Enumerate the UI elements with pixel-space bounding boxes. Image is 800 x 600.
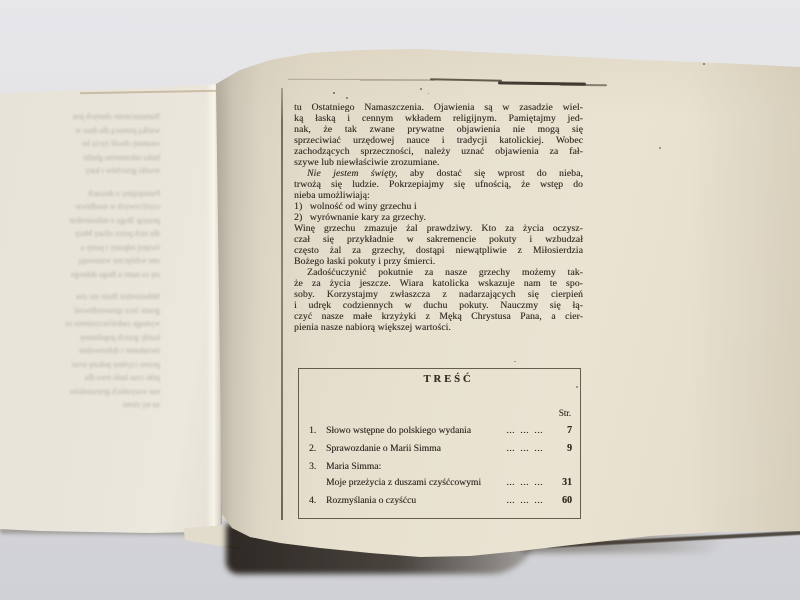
body-text-line: zachodzących sprzeczności, należy uznać … xyxy=(294,146,583,157)
toc-row: 1.Słowo wstępne do polskiego wydania... … xyxy=(309,425,572,436)
printed-frame-line xyxy=(281,88,283,520)
page-text: tu Ostatniego Namaszczenia. Ojawienia są… xyxy=(294,102,583,333)
bleed-line: Miłosierdzie Boże nie zna xyxy=(6,290,160,304)
bleed-line: one wdzięczne wstawiają xyxy=(6,254,160,268)
body-text-line: 2) wyrównanie kary za grzechy. xyxy=(294,212,583,223)
body-text-line: 1) wolność od winy grzechu i xyxy=(294,201,583,212)
open-book-photo: Namaszczenie chorych jestwielką pomocą d… xyxy=(0,0,800,600)
body-text-line: soby. Korzystajmy zwłaszcza z nadarzając… xyxy=(294,289,583,300)
body-text-line: że za życia jeszcze. Wiara katolicka wsk… xyxy=(294,278,583,289)
bleed-line xyxy=(6,281,160,290)
toc-page-column-header: Str. xyxy=(559,408,571,418)
body-text-line: trwożą się ludzie. Pokrzepiajmy się ufno… xyxy=(294,179,583,190)
body-text-line: Zadośćuczynić pokutnie za nasze grzechy … xyxy=(294,267,583,278)
bleed-line: granic lecz sprawiedliwość xyxy=(6,304,160,318)
body-text-line: czał się przykładnie w sakremencie pokut… xyxy=(294,234,583,245)
bleed-line: na tej ziemi xyxy=(6,398,160,412)
body-text-line: Nie jestem święty, aby dostać się wprost… xyxy=(294,168,583,179)
bleed-line: ostatniej chwili życia bo xyxy=(6,137,160,151)
toc-row: Moje przeżycia z duszami czyśćcowymi... … xyxy=(309,477,572,488)
body-text-line: szywe lub niewłaściwie zrozumiane. xyxy=(294,157,583,168)
ink-speck xyxy=(420,88,422,90)
body-text-line: i udręk codziennych w duchu pokuty. Nauc… xyxy=(294,300,583,311)
bleed-line: się za nami u Boga dobrego xyxy=(6,268,160,282)
body-text-line: nak, że tak zwane prywatne objawienia ni… xyxy=(294,124,583,135)
toc-row: 4.Rozmyślania o czyśćcu... ... ...60 xyxy=(309,495,572,506)
bleed-through-text: Namaszczenie chorych jestwielką pomocą d… xyxy=(6,110,160,412)
ink-smudge xyxy=(360,80,435,81)
toc-row: 2.Sprawozdanie o Marii Simma... ... ...9 xyxy=(309,443,572,454)
toc-rows: 1.Słowo wstępne do polskiego wydania... … xyxy=(309,425,572,513)
bleed-line: Pamiętajmy o duszach xyxy=(6,187,160,201)
bleed-line: prosząc Boga o miłosierdzie xyxy=(6,214,160,228)
bleed-line: łaska sakramentu gładzi xyxy=(6,151,160,165)
bleed-line: wielką pomocą dla dusz w xyxy=(6,124,160,138)
toc-title: TREŚĆ xyxy=(299,374,580,385)
bleed-line: Namaszczenie chorych jest xyxy=(6,110,160,124)
body-text-line: często żal za grzechy, dostąpi niewątpli… xyxy=(294,245,583,256)
bleed-line: świadomie i dobrowolnie xyxy=(6,344,160,358)
bleed-line: przeto czyńmy pokutę teraz xyxy=(6,358,160,372)
bleed-line: każdy grzech popełniony xyxy=(6,331,160,345)
ink-speck xyxy=(659,147,661,149)
body-text-line: nieba umożliwiają: xyxy=(294,190,583,201)
toc-row: 3.Maria Simma: xyxy=(309,461,572,472)
body-text-line: czyć nasze małe krzyżyki z Męką Chrystus… xyxy=(294,311,583,322)
left-page: Namaszczenie chorych jestwielką pomocą d… xyxy=(0,84,222,536)
right-shading xyxy=(690,22,800,562)
bleed-line: nas wszystkich grzeszników xyxy=(6,385,160,399)
bleed-line: świętej odpusty i posty a xyxy=(6,241,160,255)
ink-speck xyxy=(333,92,335,94)
body-text-line: sprzeciwiać urzędowej nauce i tradycji k… xyxy=(294,135,583,146)
bleed-line: wymaga zadośćuczynienia za xyxy=(6,317,160,331)
bleed-line: resztki grzechów i kary xyxy=(6,164,160,178)
ink-speck xyxy=(703,63,705,65)
bleed-line xyxy=(6,178,160,187)
body-text-line: pienia nasze nabiorą większej wartości. xyxy=(294,322,583,333)
bleed-line: póki czas łaski trwa dla xyxy=(6,371,160,385)
body-text-line: Bożego łaski pokuty i przy śmierci. xyxy=(294,256,583,267)
ink-speck xyxy=(346,97,348,99)
body-text-line: tu Ostatniego Namaszczenia. Ojawienia są… xyxy=(294,102,583,113)
body-text-line: Winę grzechu zmazuje żal prawdziwy. Kto … xyxy=(294,223,583,234)
table-of-contents: TREŚĆ Str. 1.Słowo wstępne do polskiego … xyxy=(298,368,581,519)
bleed-line: dla nich przez ofiarę Mszy xyxy=(6,227,160,241)
body-text-line: ką łaską i cennym wkładem religijnym. Pa… xyxy=(294,113,583,124)
bleed-line: czyśćcowych w modlitwie xyxy=(6,200,160,214)
